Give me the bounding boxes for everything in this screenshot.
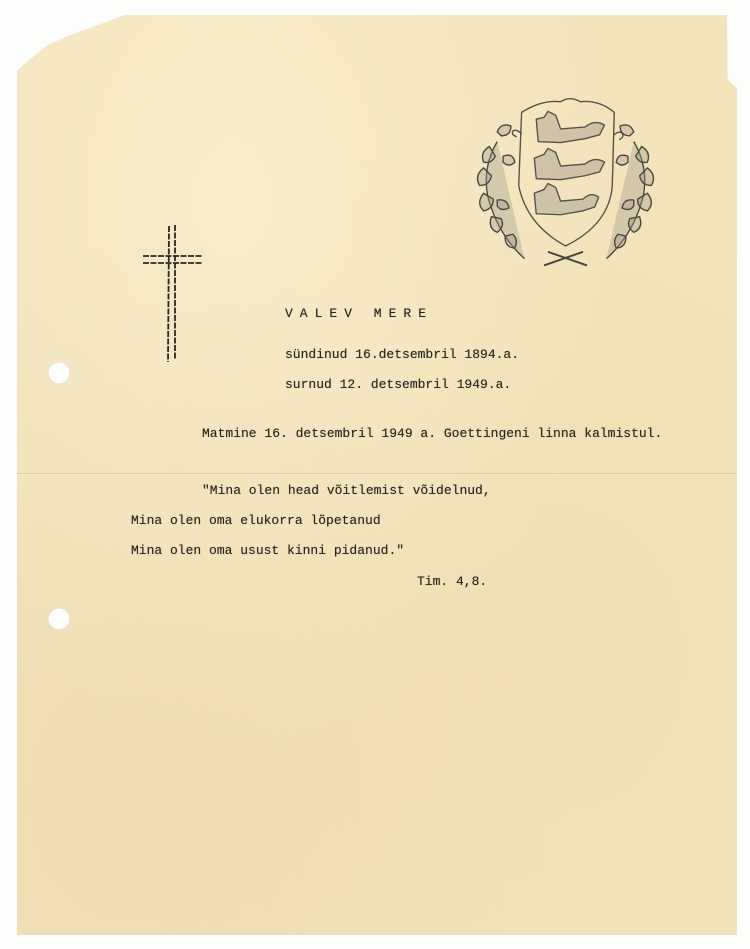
quote-line-3: Mina olen oma usust kinni pidanud.": [131, 544, 404, 557]
quote-line-1: "Mina olen head võitlemist võidelnud,: [202, 484, 491, 497]
fold-crease: [17, 473, 737, 475]
quote-line-2: Mina olen oma elukorra lõpetanud: [131, 514, 381, 527]
cross-icon: [138, 222, 208, 367]
punch-hole-bottom: [48, 608, 70, 630]
coat-of-arms-icon: [468, 88, 663, 283]
scripture-citation: Tim. 4,8.: [417, 575, 487, 588]
birth-date-line: sündinud 16.detsembril 1894.a.: [285, 348, 519, 361]
deceased-name: VALEV MERE: [285, 307, 433, 320]
burial-line: Matmine 16. detsembril 1949 a. Goettinge…: [202, 427, 662, 440]
punch-hole-top: [48, 362, 70, 384]
death-date-line: surnud 12. detsembril 1949.a.: [285, 378, 511, 391]
